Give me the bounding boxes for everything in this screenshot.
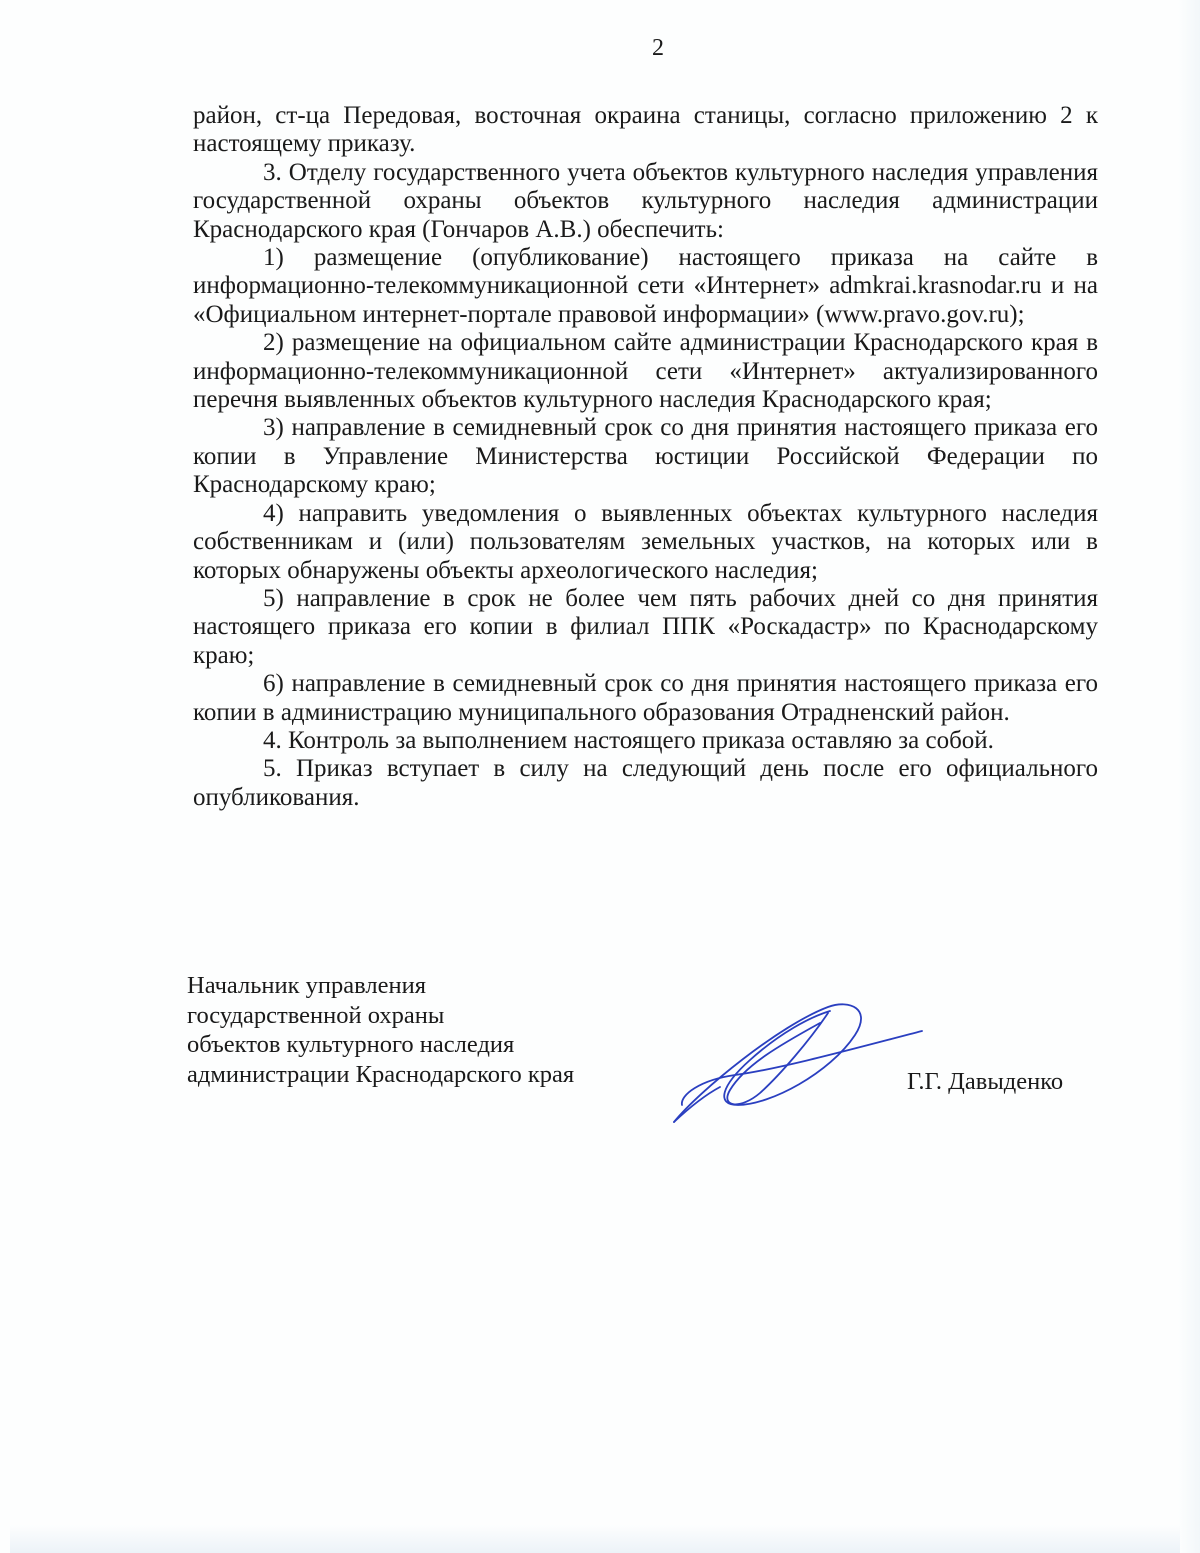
page-number: 2 <box>0 34 1200 62</box>
paragraph-subitem-2: 2) размещение на официальном сайте админ… <box>193 329 1098 414</box>
paragraph-item-4: 4. Контроль за выполнением настоящего пр… <box>193 727 1098 755</box>
signatory-position: Начальник управления государственной охр… <box>187 971 574 1089</box>
position-line: объектов культурного наследия <box>187 1030 574 1060</box>
scan-shadow-bottom <box>10 1525 1180 1553</box>
signer-name: Г.Г. Давыденко <box>907 1067 1063 1096</box>
paragraph-subitem-3: 3) направление в семидневный срок со дня… <box>193 414 1098 499</box>
paragraph-subitem-1: 1) размещение (опубликование) настоящего… <box>193 244 1098 329</box>
document-body: район, ст-ца Передовая, восточная окраин… <box>193 102 1098 812</box>
position-line: Начальник управления <box>187 971 574 1001</box>
document-page: 2 район, ст-ца Передовая, восточная окра… <box>0 0 1200 1553</box>
scan-shadow-right <box>1178 0 1200 1553</box>
paragraph-subitem-5: 5) направление в срок не более чем пять … <box>193 585 1098 670</box>
paragraph-continuation: район, ст-ца Передовая, восточная окраин… <box>193 102 1098 159</box>
position-line: государственной охраны <box>187 1001 574 1031</box>
paragraph-item-5: 5. Приказ вступает в силу на следующий д… <box>193 755 1098 812</box>
paragraph-item-3: 3. Отделу государственного учета объекто… <box>193 159 1098 244</box>
paragraph-subitem-6: 6) направление в семидневный срок со дня… <box>193 670 1098 727</box>
paragraph-subitem-4: 4) направить уведомления о выявленных об… <box>193 500 1098 585</box>
position-line: администрации Краснодарского края <box>187 1060 574 1090</box>
handwritten-signature-icon <box>660 995 930 1125</box>
